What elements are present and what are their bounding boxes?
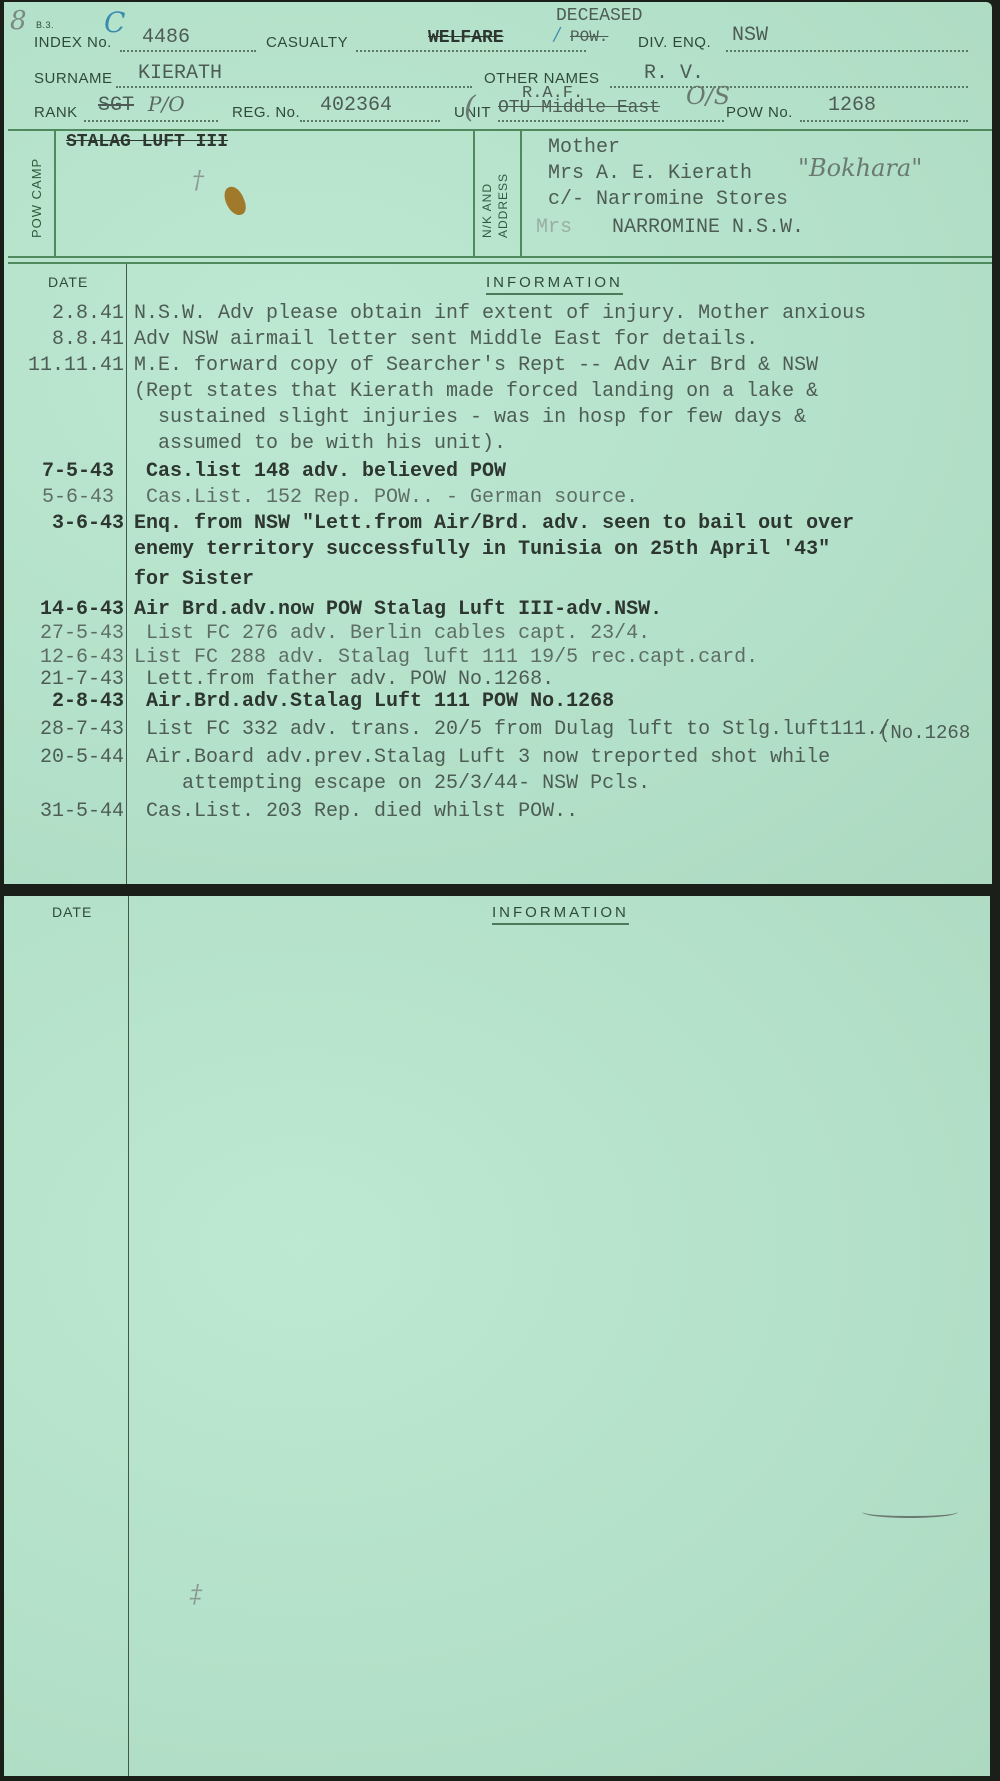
nk-line: Mother	[548, 136, 620, 159]
casualty-label: CASUALTY	[266, 34, 348, 51]
casualty-index-card: 8 B.3. C INDEX No. 4486 CASUALTY WELFARE…	[4, 2, 992, 884]
pow-no-label: POW No.	[726, 104, 793, 121]
entry-text: List FC 332 adv. trans. 20/5 from Dulag …	[134, 718, 890, 741]
entry-text: List FC 276 adv. Berlin cables capt. 23/…	[134, 622, 650, 645]
entry-text: assumed to be with his unit).	[134, 432, 506, 455]
unit-dots	[498, 120, 724, 122]
entry-line: for Sister	[4, 568, 992, 592]
entry-line: Cas.List. 203 Rep. died whilst POW..	[4, 800, 992, 824]
pencil-tick: /	[554, 24, 560, 45]
date-header: DATE	[52, 904, 92, 920]
pow-camp-struck-value: STALAG LUFT III	[66, 132, 228, 152]
pencil-stroke	[862, 1506, 958, 1518]
casualty-deceased: DECEASED	[556, 6, 642, 26]
information-header: INFORMATION	[492, 904, 629, 925]
entry-text: Cas.list 148 adv. believed POW	[134, 460, 506, 483]
rank-label: RANK	[34, 104, 78, 121]
entry-text: (Rept states that Kierath made forced la…	[134, 380, 818, 403]
pencil-sketch: †	[192, 166, 204, 194]
entry-line: Air Brd.adv.now POW Stalag Luft III-adv.…	[4, 598, 992, 622]
reg-no-label: REG. No.	[232, 104, 300, 121]
div-enq-dots	[726, 50, 968, 52]
surname-label: SURNAME	[34, 70, 113, 87]
index-no-dots	[120, 50, 256, 52]
entry-text: List FC 288 adv. Stalag luft 111 19/5 re…	[134, 646, 758, 669]
entry-line: Adv NSW airmail letter sent Middle East …	[4, 328, 992, 352]
entry-line: sustained slight injuries - was in hosp …	[4, 406, 992, 430]
entry-line: List FC 288 adv. Stalag luft 111 19/5 re…	[4, 646, 992, 670]
entry-line: (Rept states that Kierath made forced la…	[4, 380, 992, 404]
pencil-bracket: (	[464, 90, 476, 125]
entry-line: List FC 276 adv. Berlin cables capt. 23/…	[4, 622, 992, 646]
entry-text: Cas.List. 203 Rep. died whilst POW..	[134, 800, 578, 823]
casualty-struck-pow: POW.	[570, 28, 608, 46]
margin-note: (No.1268	[879, 722, 970, 744]
entry-text: M.E. forward copy of Searcher's Rept -- …	[134, 354, 818, 377]
entry-text: N.S.W. Adv please obtain inf extent of i…	[134, 302, 866, 325]
rank-struck-value: SGT	[98, 94, 134, 117]
rule	[520, 131, 522, 256]
entry-line: Enq. from NSW "Lett.from Air/Brd. adv. s…	[4, 512, 992, 536]
surname-dots	[116, 86, 472, 88]
casualty-struck-value: WELFARE	[428, 28, 504, 48]
entry-line: assumed to be with his unit).	[4, 432, 992, 456]
entry-line: Cas.list 148 adv. believed POW	[4, 460, 992, 484]
entry-line: Lett.from father adv. POW No.1268.	[4, 668, 992, 692]
stain-mark	[221, 184, 248, 218]
rule	[8, 262, 992, 264]
pow-camp-label: POW CAMP	[30, 158, 44, 238]
entry-text: Air.Brd.adv.Stalag Luft 111 POW No.1268	[134, 690, 614, 713]
entry-text: attempting escape on 25/3/44- NSW Pcls.	[134, 772, 650, 795]
entry-text: Lett.from father adv. POW No.1268.	[134, 668, 554, 691]
unit-handwritten-note: O/S	[686, 82, 730, 110]
index-no-label: INDEX No.	[34, 34, 112, 51]
pow-no-value: 1268	[828, 94, 876, 117]
entry-text: Air.Board adv.prev.Stalag Luft 3 now tre…	[134, 746, 830, 769]
nk-line: Mrs A. E. Kierath	[548, 162, 752, 185]
entry-line: Air.Brd.adv.Stalag Luft 111 POW No.1268	[4, 690, 992, 714]
entry-line: enemy territory successfully in Tunisia …	[4, 538, 992, 562]
information-header: INFORMATION	[486, 274, 623, 295]
entry-text: sustained slight injuries - was in hosp …	[134, 406, 806, 429]
entry-text: Cas.List. 152 Rep. POW.. - German source…	[134, 486, 638, 509]
entry-line: M.E. forward copy of Searcher's Rept -- …	[4, 354, 992, 378]
rule	[8, 129, 992, 131]
rule	[473, 131, 475, 256]
entry-line: Cas.List. 152 Rep. POW.. - German source…	[4, 486, 992, 510]
other-names-dots	[610, 86, 968, 88]
entry-text: Air Brd.adv.now POW Stalag Luft III-adv.…	[134, 598, 662, 621]
pencil-mark: ‡	[190, 1580, 202, 1608]
entry-line: N.S.W. Adv please obtain inf extent of i…	[4, 302, 992, 326]
nk-line: NARROMINE N.S.W.	[612, 216, 804, 239]
index-no-value: 4486	[142, 26, 190, 49]
rule	[54, 131, 56, 256]
corner-pencil-mark: 8	[10, 6, 27, 36]
date-column-divider	[128, 896, 129, 1776]
date-header: DATE	[48, 274, 88, 290]
entry-line: List FC 332 adv. trans. 20/5 from Dulag …	[4, 718, 992, 742]
unit-struck-value: OTU Middle East	[498, 98, 660, 118]
nk-label-line2: ADDRESS	[496, 173, 510, 238]
entry-text: for Sister	[134, 568, 254, 591]
nk-label-line1: N/K AND	[480, 183, 494, 238]
entry-line: Air.Board adv.prev.Stalag Luft 3 now tre…	[4, 746, 992, 770]
entry-text: enemy territory successfully in Tunisia …	[134, 538, 830, 561]
nk-line: c/- Narromine Stores	[548, 188, 788, 211]
entry-text: Enq. from NSW "Lett.from Air/Brd. adv. s…	[134, 512, 854, 535]
rank-dots	[84, 120, 218, 122]
div-enq-value: NSW	[732, 24, 768, 47]
rule	[8, 256, 992, 258]
nk-faint-prefix: Mrs	[536, 216, 572, 239]
div-enq-label: DIV. ENQ.	[638, 34, 711, 51]
pow-no-dots	[800, 120, 968, 122]
reg-no-value: 402364	[320, 94, 392, 117]
entry-line: attempting escape on 25/3/44- NSW Pcls.	[4, 772, 992, 796]
form-code: B.3.	[36, 20, 54, 30]
rank-handwritten: P/O	[148, 92, 185, 116]
continuation-card: DATE INFORMATION ‡	[4, 896, 990, 1776]
nk-handwritten-note: "Bokhara"	[798, 154, 922, 182]
casualty-dots	[356, 50, 586, 52]
reg-no-dots	[300, 120, 440, 122]
surname-value: KIERATH	[138, 62, 222, 85]
entry-text: Adv NSW airmail letter sent Middle East …	[134, 328, 758, 351]
